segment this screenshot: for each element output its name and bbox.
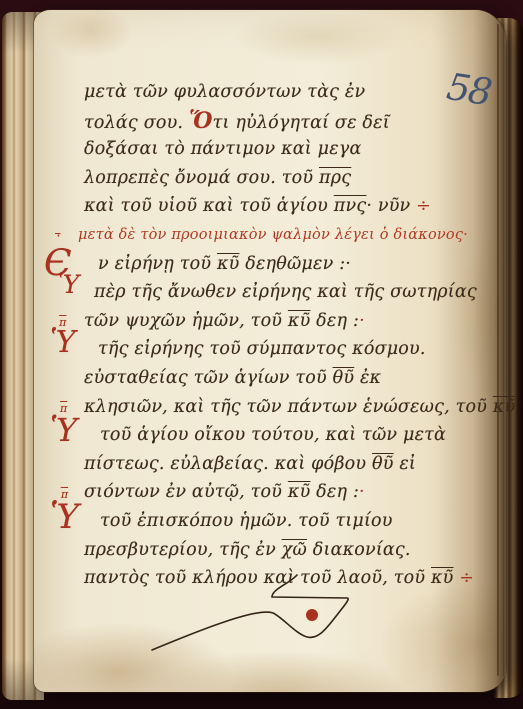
initial-glyph: Ὑ <box>58 270 79 299</box>
initial-glyph: Ὑ <box>50 497 79 537</box>
ink-segment: τι ηὐλόγηταί σε δεῖ <box>213 113 390 133</box>
nomen-sacrum: κῦ <box>217 254 240 274</box>
nomen-sacrum: κῦ <box>288 311 311 331</box>
text-line: μετὰ τῶν φυλασσόντων τὰς ἐν <box>84 78 486 107</box>
margin-initial: πὙ <box>50 404 77 446</box>
margin-initial: Ὑ <box>58 272 79 297</box>
ink-segment: ν εἰρήνῃ τοῦ <box>98 254 217 274</box>
nomen-sacrum: πνς <box>334 196 367 216</box>
ink-segment: λοπρεπὲς ὄνομά σου. τοῦ <box>84 168 319 188</box>
text-line: τολάς σου. Ὅτι ηὐλόγηταί σε δεῖ <box>84 107 486 136</box>
tailpiece-flourish <box>130 570 470 670</box>
ink-segment: πρεσβυτερίου, τῆς ἐν <box>84 540 282 560</box>
ink-segment: μετὰ τῶν φυλασσόντων τὰς ἐν <box>84 82 365 102</box>
red-terminal-mark: ÷ <box>416 196 431 216</box>
page-edge-line <box>497 24 499 676</box>
text-line: πίστεως. εὐλαβείας. καὶ φόβου θῦ εἰ <box>84 450 486 479</box>
text-line: πρεσβυτερίου, τῆς ἐν χῶ διακονίας. <box>84 536 486 565</box>
ink-segment: δεηθῶμεν :· <box>239 254 351 274</box>
red-inline-initial: Ὅ <box>189 108 213 134</box>
ink-segment: τολάς σου. <box>84 113 189 133</box>
nomen-sacrum: θῦ <box>372 454 394 474</box>
text-line: τοῦ ἁγίου οἴκου τούτου, καὶ τῶν μετὰ <box>100 421 486 450</box>
text-block: μετὰ τῶν φυλασσόντων τὰς ἐν τολάς σου. Ὅ… <box>84 78 486 593</box>
ink-segment: πίστεως. εὐλαβείας. καὶ φόβου <box>84 454 372 474</box>
ink-segment: τοῦ ἐπισκόπου ἡμῶν. τοῦ τιμίου <box>100 511 393 531</box>
text-line: σιόντων ἐν αὐτῷ, τοῦ κῦ δεη :· <box>84 478 486 507</box>
margin-initial: πὙ <box>50 318 76 358</box>
ink-segment: δεη : <box>310 311 359 331</box>
text-line: πὲρ τῆς ἄνωθεν εἰρήνης καὶ τῆς σωτηρίας <box>94 278 486 307</box>
ink-segment: τοῦ ἁγίου οἴκου τούτου, καὶ τῶν μετὰ <box>100 425 446 445</box>
ink-segment: σιόντων ἐν αὐτῷ, τοῦ <box>84 482 288 502</box>
text-line: λοπρεπὲς ὄνομά σου. τοῦ πρς <box>84 164 486 193</box>
ink-segment: διακονίας. <box>307 540 411 560</box>
tailpiece-red-dot <box>306 609 318 621</box>
nomen-sacrum: χῶ <box>282 540 307 560</box>
text-line: τῶν ψυχῶν ἡμῶν, τοῦ κῦ δεη :· <box>84 307 486 336</box>
ink-segment: ἐκ <box>354 368 381 388</box>
ink-segment: καὶ τοῦ υἱοῦ καὶ τοῦ ἁγίου <box>84 196 334 216</box>
ink-segment: τῶν ψυχῶν ἡμῶν, τοῦ <box>84 311 288 331</box>
nomen-sacrum: κῦ <box>288 482 311 502</box>
nomen-sacrum: πρς <box>319 168 351 188</box>
text-line: καὶ τοῦ υἱοῦ καὶ τοῦ ἁγίου πνς· νῦν ÷ <box>84 192 486 221</box>
ink-segment: κλησιῶν, καὶ τῆς τῶν πάντων ἑνώσεως, τοῦ <box>84 397 493 417</box>
initial-glyph: Ὑ <box>50 411 77 449</box>
text-line: ν εἰρήνῃ τοῦ κῦ δεηθῶμεν :· <box>98 250 486 279</box>
ink-segment: τῆς εἰρήνης τοῦ σύμπαντος κόσμου. <box>98 339 426 359</box>
ink-segment: πὲρ τῆς ἄνωθεν εἰρήνης καὶ τῆς σωτηρίας <box>94 282 477 302</box>
ink-segment: δεη : <box>310 482 359 502</box>
ink-segment: δοξάσαι τὸ πάντιμον καὶ μεγα <box>84 139 361 159</box>
margin-initial: πὙ <box>50 490 79 534</box>
page-edge-line <box>503 24 504 676</box>
red-terminal-mark: · <box>359 311 365 331</box>
manuscript-photo: 58 μετὰ τῶν φυλασσόντων τὰς ἐν τολάς σου… <box>0 0 523 709</box>
ink-segment: εἰ <box>394 454 416 474</box>
initial-glyph: Ὑ <box>50 325 76 360</box>
rubric-line: μετὰ δὲ τὸν προοιμιακὸν ψαλμὸν λέγει ὁ δ… <box>78 221 486 250</box>
rubric-segment: μετὰ δὲ τὸν προοιμιακὸν ψαλμὸν λέγει ὁ δ… <box>78 227 468 243</box>
text-line: τοῦ ἐπισκόπου ἡμῶν. τοῦ τιμίου <box>100 507 486 536</box>
text-line: κλησιῶν, καὶ τῆς τῶν πάντων ἑνώσεως, τοῦ… <box>84 393 486 422</box>
ink-segment: · νῦν <box>366 196 416 216</box>
text-line: δοξάσαι τὸ πάντιμον καὶ μεγα <box>84 135 486 164</box>
text-line: εὐσταθείας τῶν ἁγίων τοῦ θῦ ἐκ <box>84 364 486 393</box>
text-line: τῆς εἰρήνης τοῦ σύμπαντος κόσμου. <box>98 335 486 364</box>
ink-segment: εὐσταθείας τῶν ἁγίων τοῦ <box>84 368 333 388</box>
nomen-sacrum: θῦ <box>333 368 355 388</box>
flourish-stroke <box>152 575 348 650</box>
red-terminal-mark: ÷ <box>515 397 523 417</box>
red-terminal-mark: · <box>359 482 365 502</box>
nomen-sacrum: κῦ <box>493 397 516 417</box>
